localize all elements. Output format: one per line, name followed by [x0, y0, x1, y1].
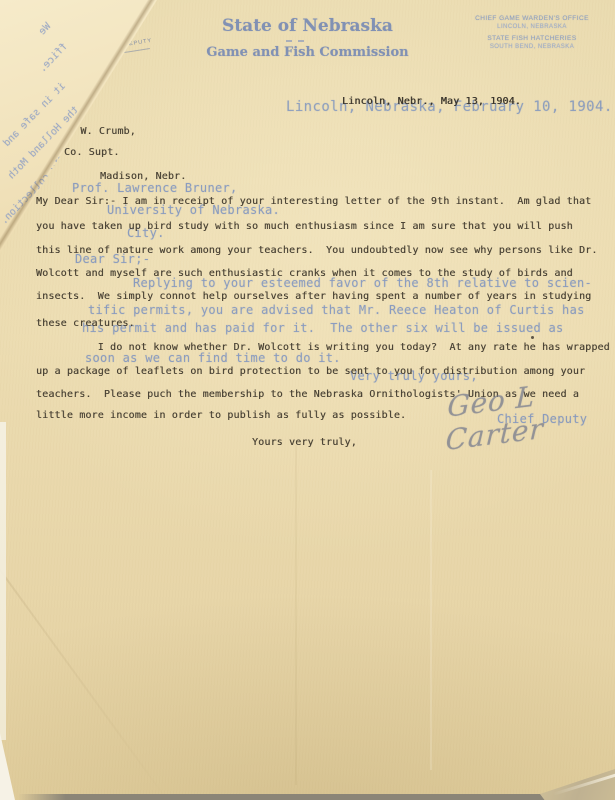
body-line: little more income in order to publish a… [36, 410, 406, 421]
closing-line: Yours very truly, [252, 437, 357, 448]
office-line: SOUTH BEND, NEBRASKA [452, 44, 612, 50]
body-line: this line of nature work among your teac… [36, 245, 598, 256]
letterhead-office-block: CHIEF GAME WARDEN'S OFFICE LINCOLN, NEBR… [452, 15, 612, 50]
body-line: Wolcott and myself are such enthusiastic… [36, 268, 573, 279]
paper-crease [0, 560, 170, 800]
body-line: up a package of leaflets on bird protect… [36, 366, 585, 377]
ghost-body-line: soon as we can find time to do it. [85, 351, 341, 365]
body-line: My Dear Sir:- I am in receipt of your in… [36, 196, 591, 207]
recipient-name: . W. Crumb, [68, 126, 136, 137]
body-line: these creatures. [36, 318, 135, 329]
office-line: STATE FISH HATCHERIES [452, 35, 612, 42]
letterhead-divider [286, 40, 304, 42]
bottom-right-corner-fold [540, 767, 615, 800]
body-line: insects. We simply connot help ourselves… [36, 291, 591, 302]
office-line: CHIEF GAME WARDEN'S OFFICE [452, 15, 612, 22]
paper-crease [430, 470, 432, 770]
stamp-rule [124, 48, 150, 53]
dateline: Lincoln, Nebr., May 13, 1904. [342, 96, 521, 107]
bottom-paper-edge [18, 794, 615, 800]
body-line: I do not know whether Dr. Wolcott is wri… [36, 342, 610, 353]
ghost-body-line: his permit and has paid for it. The othe… [82, 321, 564, 335]
office-line: LINCOLN, NEBRASKA [452, 24, 612, 30]
letter-scan: State of Nebraska Game and Fish Commissi… [0, 0, 615, 800]
body-line: you have taken up bird study with so muc… [36, 221, 573, 232]
recipient-title: Co. Supt. [64, 147, 120, 158]
ghost-body-line: tific permits, you are advised that Mr. … [88, 303, 585, 317]
bottom-left-paper-edge [0, 733, 15, 800]
left-paper-edge [0, 422, 6, 740]
letterhead-title: State of Nebraska [200, 16, 415, 36]
paper-crease [295, 445, 297, 785]
ghost-recipient-name: Prof. Lawrence Bruner, [72, 181, 238, 195]
ink-speck [531, 336, 534, 339]
letterhead-subtitle: Game and Fish Commission [200, 45, 415, 60]
